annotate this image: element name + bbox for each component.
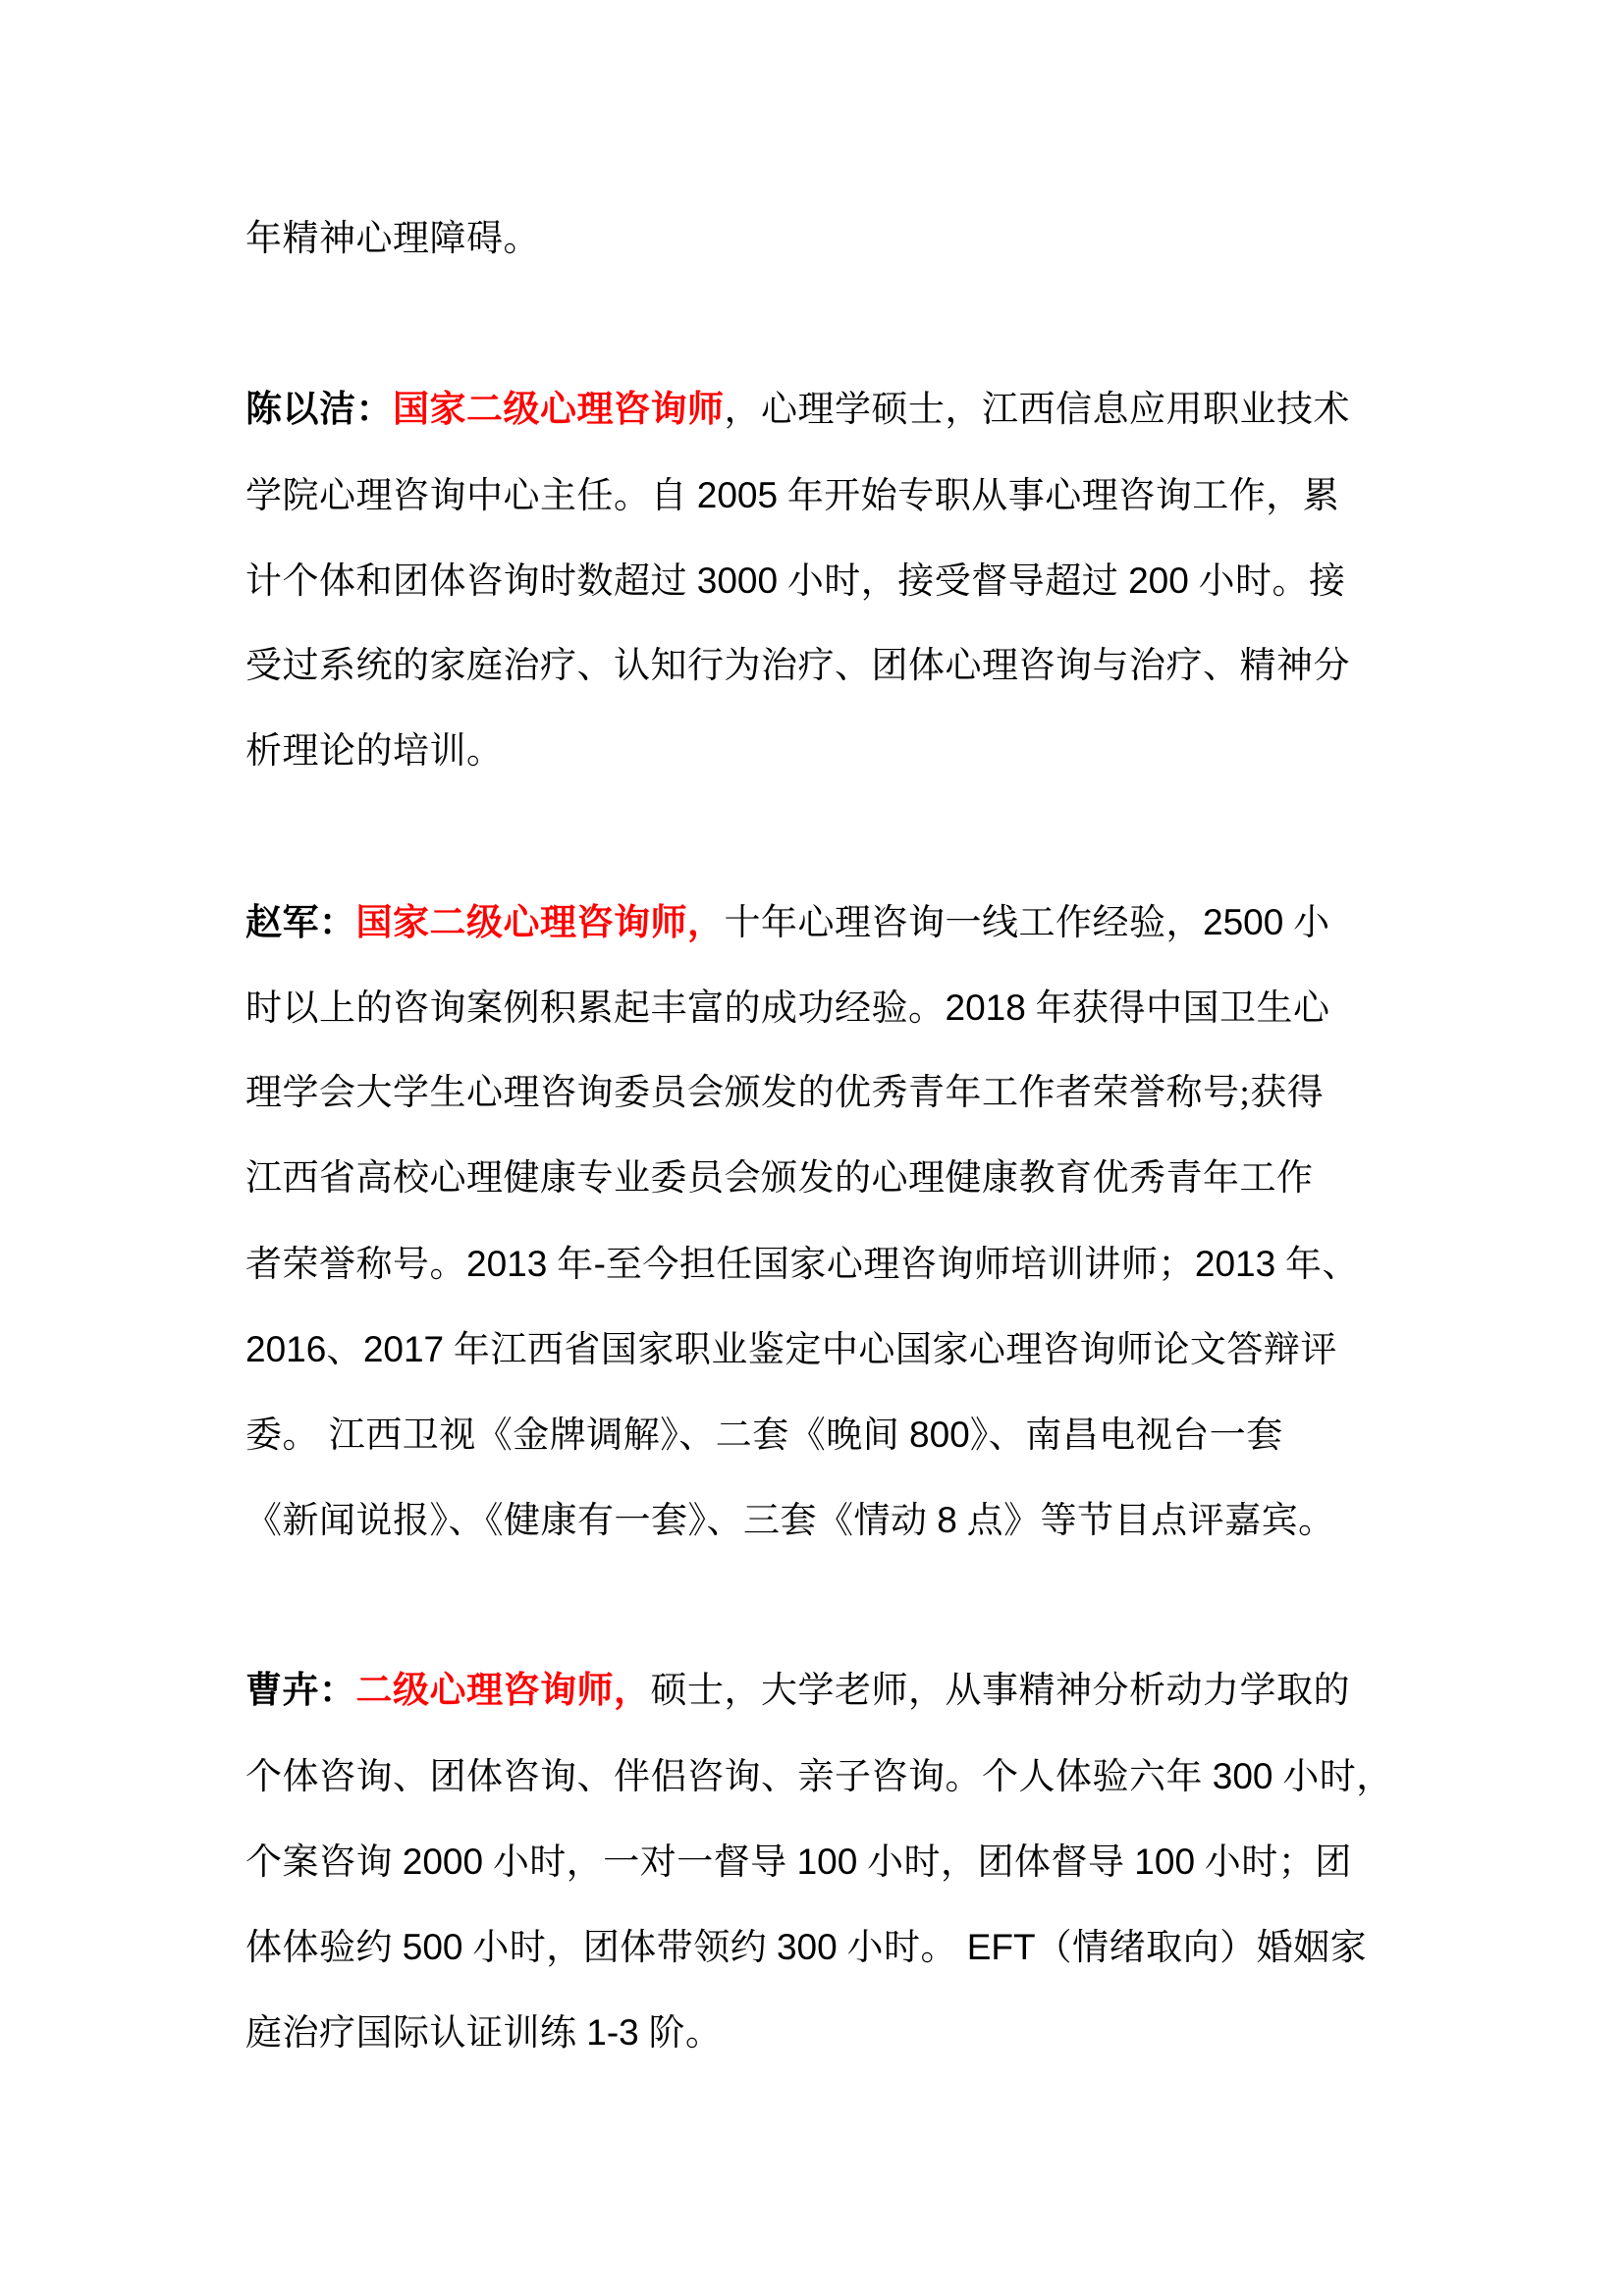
body-text: 个体咨询、团体咨询、伴侣咨询、亲子咨询。个人体验六年 300 小时，: [245, 1757, 1393, 1797]
body-text: 年精神心理障碍。: [245, 219, 540, 259]
body-text: 委。 江西卫视《金牌调解》、二套《晚间 800》、南昌电视台一套: [245, 1415, 1283, 1456]
text-line: 陈以洁：国家二级心理咨询师，心理学硕士，江西信息应用职业技术: [245, 367, 1463, 453]
body-text: 学院心理咨询中心主任。自 2005 年开始专职从事心理咨询工作，累: [245, 476, 1339, 516]
counselor-name: 陈以洁：: [245, 390, 393, 430]
text-line: 个案咨询 2000 小时，一对一督导 100 小时，团体督导 100 小时；团: [245, 1819, 1463, 1904]
counselor-chen-yijie: 陈以洁：国家二级心理咨询师，心理学硕士，江西信息应用职业技术学院心理咨询中心主任…: [245, 367, 1463, 794]
body-text: 受过系统的家庭治疗、认知行为治疗、团体心理咨询与治疗、精神分: [245, 646, 1350, 686]
text-line: 析理论的培训。: [245, 709, 1463, 794]
text-line: 曹卉：二级心理咨询师，硕士，大学老师，从事精神分析动力学取的: [245, 1648, 1463, 1734]
text-line: 时以上的咨询案例积累起丰富的成功经验。2018 年获得中国卫生心: [245, 965, 1463, 1050]
text-line: 赵军：国家二级心理咨询师，十年心理咨询一线工作经验，2500 小: [245, 880, 1463, 965]
intro-fragment: 年精神心理障碍。: [245, 196, 1463, 282]
text-line: 江西省高校心理健康专业委员会颁发的心理健康教育优秀青年工作: [245, 1136, 1463, 1221]
text-line: 庭治疗国际认证训练 1-3 阶。: [245, 1990, 1463, 2075]
text-line: 理学会大学生心理咨询委员会颁发的优秀青年工作者荣誉称号;获得: [245, 1050, 1463, 1136]
document-content: 年精神心理障碍。陈以洁：国家二级心理咨询师，心理学硕士，江西信息应用职业技术学院…: [245, 196, 1463, 2161]
body-text: 理学会大学生心理咨询委员会颁发的优秀青年工作者荣誉称号;获得: [245, 1073, 1324, 1113]
text-line: 《新闻说报》、《健康有一套》、三套《情动 8 点》等节目点评嘉宾。: [245, 1477, 1463, 1563]
text-line: 年精神心理障碍。: [245, 196, 1463, 282]
counselor-cao-hui: 曹卉：二级心理咨询师，硕士，大学老师，从事精神分析动力学取的个体咨询、团体咨询、…: [245, 1648, 1463, 2075]
text-line: 学院心理咨询中心主任。自 2005 年开始专职从事心理咨询工作，累: [245, 453, 1463, 538]
body-text: 体体验约 500 小时，团体带领约 300 小时。 EFT（情绪取向）婚姻家: [245, 1928, 1367, 1968]
body-text: 十年心理咨询一线工作经验，2500 小: [725, 903, 1330, 943]
body-text: 析理论的培训。: [245, 731, 504, 772]
text-line: 委。 江西卫视《金牌调解》、二套《晚间 800》、南昌电视台一套: [245, 1392, 1463, 1477]
text-line: 个体咨询、团体咨询、伴侣咨询、亲子咨询。个人体验六年 300 小时，: [245, 1734, 1463, 1819]
body-text: 庭治疗国际认证训练 1-3 阶。: [245, 2013, 722, 2054]
body-text: 个案咨询 2000 小时，一对一督导 100 小时，团体督导 100 小时；团: [245, 1842, 1352, 1883]
document-page: 年精神心理障碍。陈以洁：国家二级心理咨询师，心理学硕士，江西信息应用职业技术学院…: [0, 0, 1624, 2296]
body-text: 江西省高校心理健康专业委员会颁发的心理健康教育优秀青年工作: [245, 1158, 1314, 1199]
text-line: 计个体和团体咨询时数超过 3000 小时，接受督导超过 200 小时。接: [245, 538, 1463, 623]
credential-highlight: 二级心理咨询师，: [356, 1671, 651, 1711]
body-text: 2016、2017 年江西省国家职业鉴定中心国家心理咨询师论文答辩评: [245, 1330, 1337, 1370]
body-text: 硕士，大学老师，从事精神分析动力学取的: [651, 1671, 1351, 1711]
text-line: 2016、2017 年江西省国家职业鉴定中心国家心理咨询师论文答辩评: [245, 1307, 1463, 1392]
body-text: 者荣誉称号。2013 年-至今担任国家心理咨询师培训讲师；2013 年、: [245, 1245, 1359, 1285]
text-line: 者荣誉称号。2013 年-至今担任国家心理咨询师培训讲师；2013 年、: [245, 1221, 1463, 1307]
counselor-name: 曹卉：: [245, 1671, 356, 1711]
body-text: ，心理学硕士，江西信息应用职业技术: [725, 390, 1351, 430]
body-text: 计个体和团体咨询时数超过 3000 小时，接受督导超过 200 小时。接: [245, 561, 1346, 602]
text-line: 受过系统的家庭治疗、认知行为治疗、团体心理咨询与治疗、精神分: [245, 623, 1463, 709]
counselor-name: 赵军：: [245, 903, 356, 943]
credential-highlight: 国家二级心理咨询师: [393, 390, 725, 430]
body-text: 《新闻说报》、《健康有一套》、三套《情动 8 点》等节目点评嘉宾。: [245, 1501, 1335, 1541]
body-text: 时以上的咨询案例积累起丰富的成功经验。2018 年获得中国卫生心: [245, 988, 1330, 1029]
text-line: 体体验约 500 小时，团体带领约 300 小时。 EFT（情绪取向）婚姻家: [245, 1904, 1463, 1990]
credential-highlight: 国家二级心理咨询师，: [356, 903, 725, 943]
counselor-zhao-jun: 赵军：国家二级心理咨询师，十年心理咨询一线工作经验，2500 小时以上的咨询案例…: [245, 880, 1463, 1563]
